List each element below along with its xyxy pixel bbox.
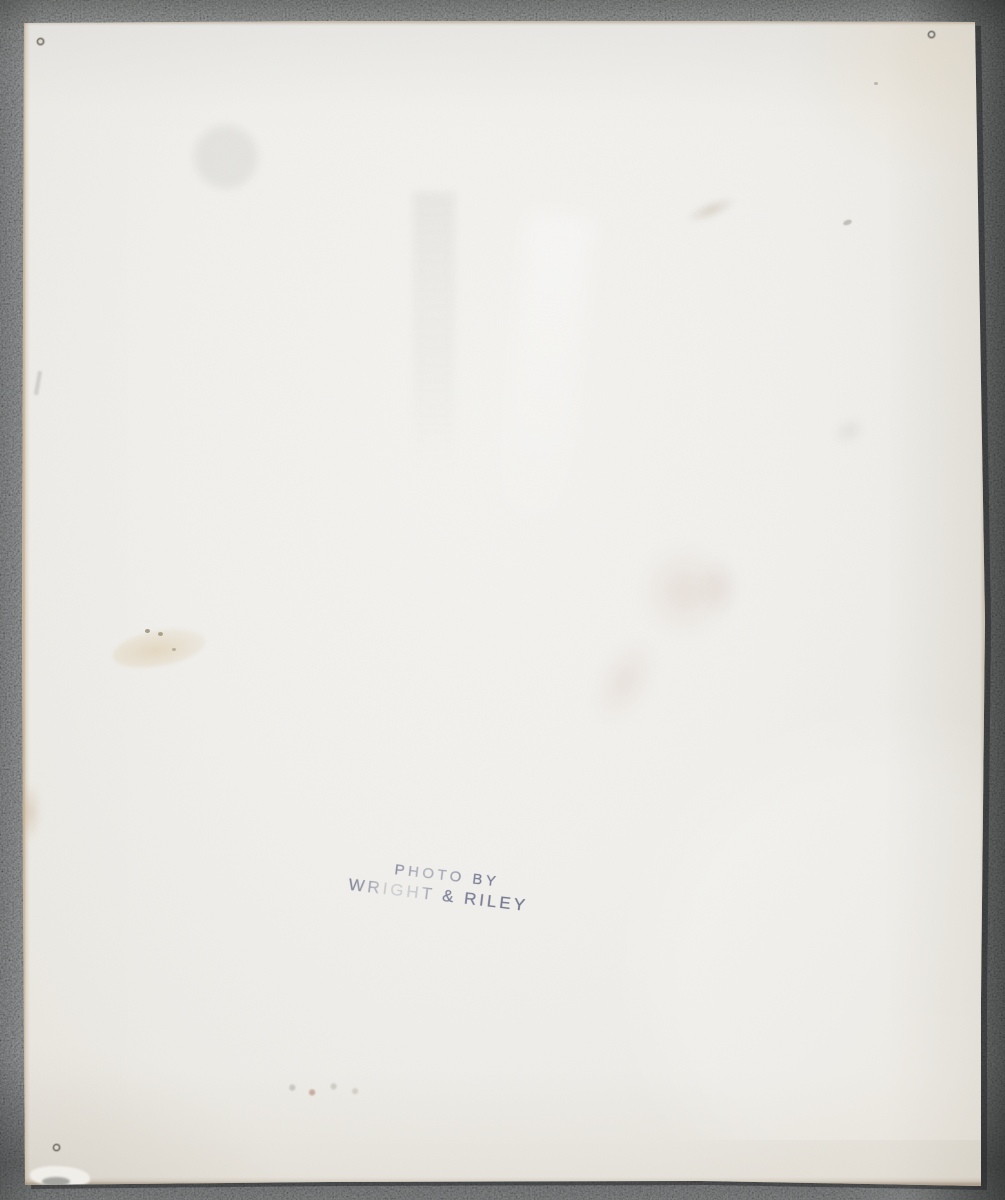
paper-grain-texture (0, 0, 1005, 1200)
photo-back-scene: PHOTO BY WRIGHT & RILEY (0, 0, 1005, 1200)
dark-speck (158, 632, 163, 636)
pinhole-top-right (927, 30, 937, 40)
dark-speck (145, 629, 150, 633)
dark-speck (172, 648, 176, 651)
pinhole-bottom-left (52, 1143, 62, 1153)
photo-paper-back: PHOTO BY WRIGHT & RILEY (0, 0, 1005, 1200)
pinhole-top-left (36, 37, 46, 47)
